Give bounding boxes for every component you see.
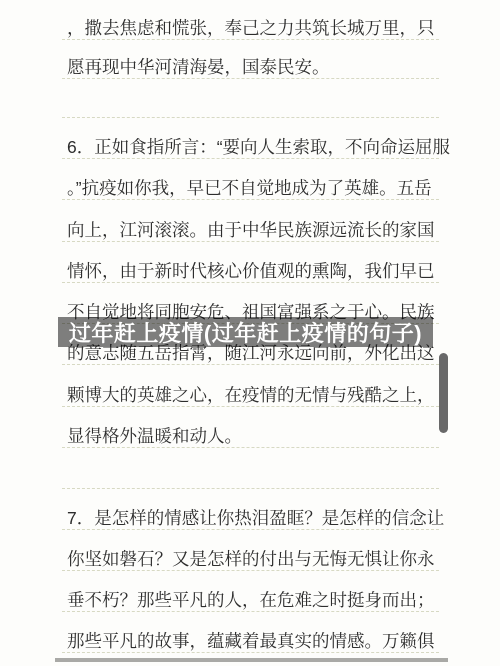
ruled-line	[62, 611, 439, 612]
ruled-line	[62, 447, 439, 448]
text-line: 你坚如磐石？又是怎样的付出与无悔无惧让你永	[67, 548, 447, 570]
ruled-line	[62, 117, 439, 118]
text-line	[67, 95, 447, 117]
scrollbar-thumb[interactable]	[439, 353, 448, 433]
text-line: ，撒去焦虑和慌张，奉己之力共筑长城万里，只	[67, 17, 447, 39]
ruled-line	[62, 364, 439, 365]
text-line: 。”抗疫如你我，早已不自觉地成为了英雄。五岳	[67, 177, 447, 199]
ruled-line	[62, 78, 439, 79]
text-line: 愿再现中华河清海晏，国泰民安。	[67, 56, 447, 78]
ruled-line	[62, 199, 439, 200]
text-line: 垂不朽？那些平凡的人，在危难之时挺身而出；	[67, 589, 447, 611]
ruled-line	[62, 652, 439, 653]
ruled-line	[62, 529, 439, 530]
text-line	[67, 466, 447, 488]
ruled-line	[62, 282, 439, 283]
document-page: ，撒去焦虑和慌张，奉己之力共筑长城万里，只 愿再现中华河清海晏，国泰民安。 6．…	[0, 0, 500, 666]
bottom-watermark-edge	[55, 658, 448, 662]
text-line: 颗博大的英雄之心，在疫情的无情与残酷之上，	[67, 384, 447, 406]
ruled-line	[62, 241, 439, 242]
title-watermark-text: 过年赶上疫情(过年赶上疫情的句子)	[69, 317, 422, 348]
ruled-line	[62, 570, 439, 571]
text-line: 那些平凡的故事，蕴藏着最真实的情感。万籁俱	[67, 630, 447, 652]
ruled-line	[62, 158, 439, 159]
text-line: 显得格外温暖和动人。	[67, 425, 447, 447]
ruled-line	[62, 39, 439, 40]
text-line: 7．是怎样的情感让你热泪盈眶？是怎样的信念让	[67, 507, 447, 529]
ruled-line	[62, 488, 439, 489]
ruled-line	[62, 406, 439, 407]
title-watermark-banner: 过年赶上疫情(过年赶上疫情的句子)	[58, 317, 433, 347]
text-line: 6．正如食指所言：“要向人生索取，不向命运屈服	[67, 136, 447, 158]
text-line: 向上，江河滚滚。由于中华民族源远流长的家国	[67, 219, 447, 241]
text-line: 情怀，由于新时代核心价值观的熏陶，我们早已	[67, 260, 447, 282]
